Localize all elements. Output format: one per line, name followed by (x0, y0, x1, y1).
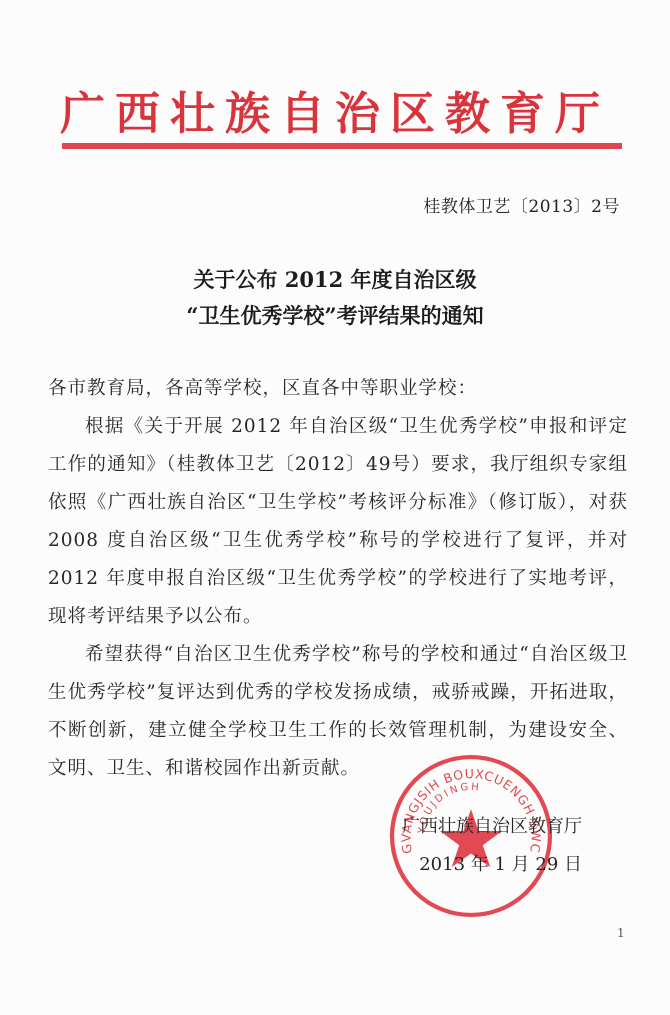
document-title: 关于公布 2012 年度自治区级 “卫生优秀学校”考评结果的通知 (0, 262, 670, 334)
document-number: 桂教体卫艺〔2013〕2号 (423, 192, 620, 217)
document-page: 广西壮族自治区教育厅 桂教体卫艺〔2013〕2号 关于公布 2012 年度自治区… (0, 0, 670, 1015)
masthead-red-rule (62, 143, 622, 149)
page-number: 1 (617, 926, 625, 940)
document-body: 各市教育局，各高等学校，区直各中等职业学校： 根据《关于开展 2012 年自治区… (48, 370, 628, 788)
signature-organization: 广西壮族自治区教育厅 (402, 808, 582, 846)
signature-block: 广西壮族自治区教育厅 2013 年 1 月 29 日 (402, 808, 582, 884)
title-line-2: “卫生优秀学校”考评结果的通知 (0, 298, 670, 334)
signature-date: 2013 年 1 月 29 日 (402, 846, 582, 884)
salutation: 各市教育局，各高等学校，区直各中等职业学校： (48, 370, 628, 408)
masthead-title: 广西壮族自治区教育厅 (0, 86, 670, 142)
title-line-1: 关于公布 2012 年度自治区级 (0, 262, 670, 298)
paragraph-1: 根据《关于开展 2012 年自治区级“卫生优秀学校”申报和评定工作的通知》（桂教… (48, 408, 628, 636)
